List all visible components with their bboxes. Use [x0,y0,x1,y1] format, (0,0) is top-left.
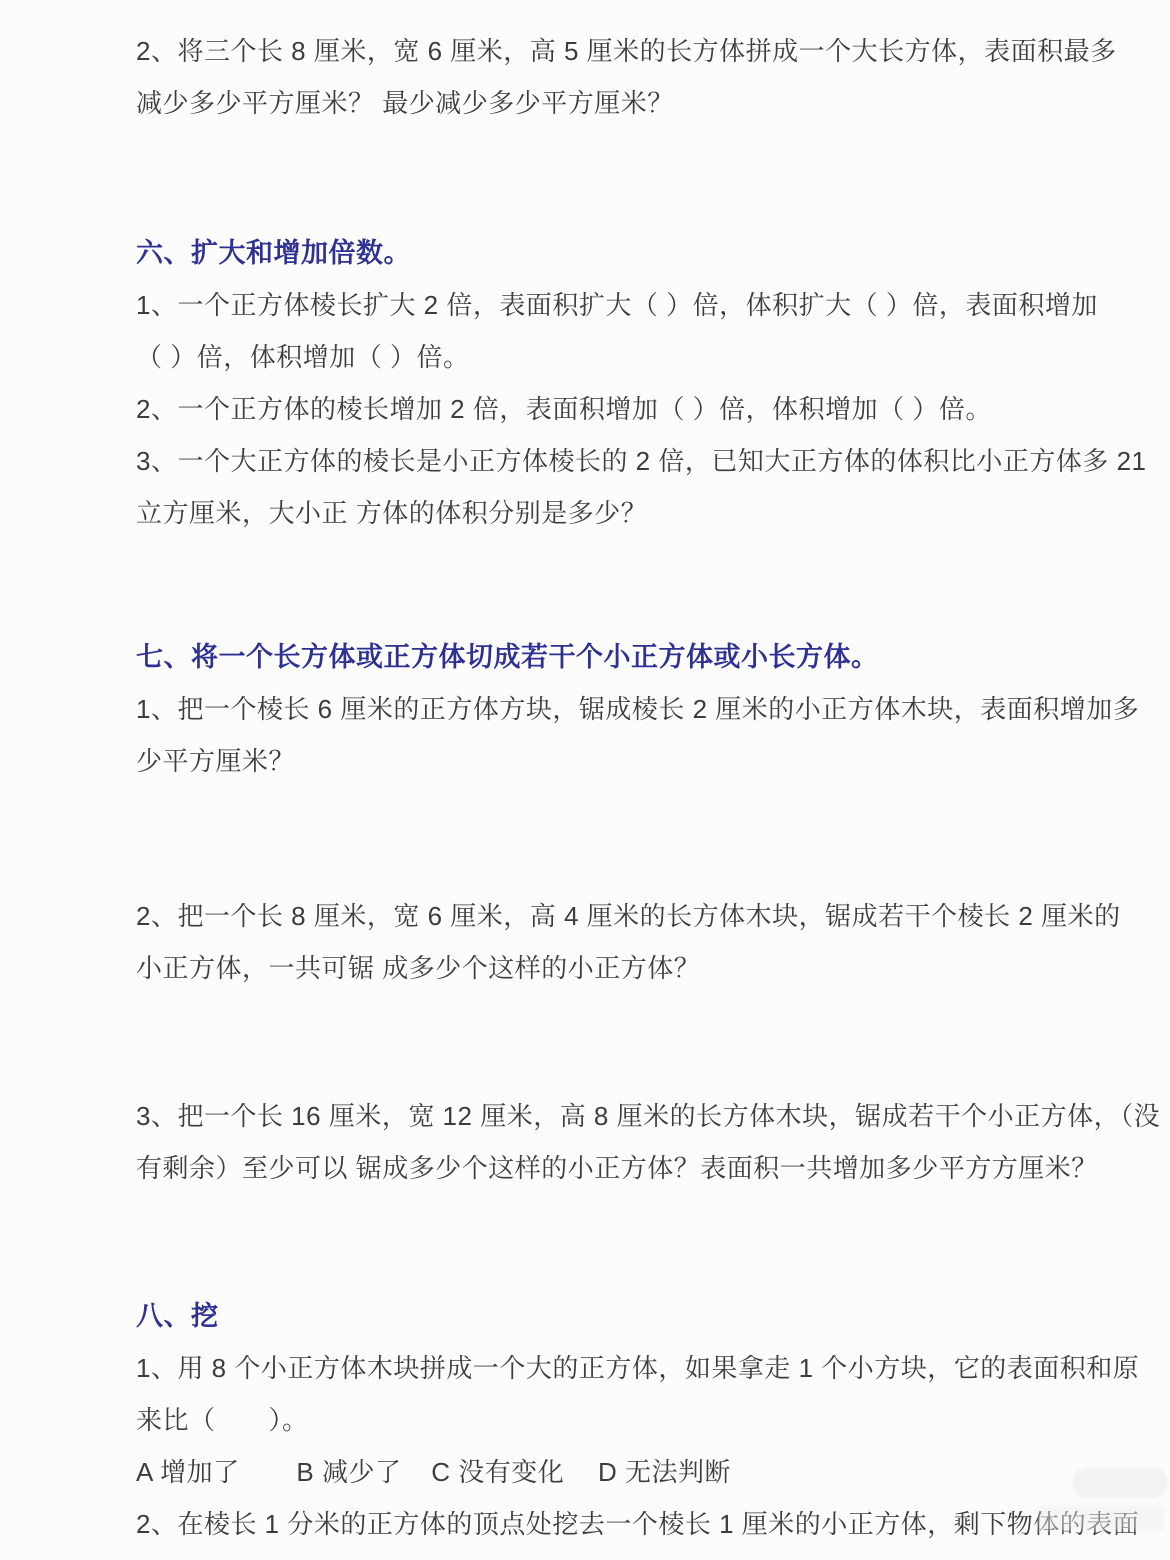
problem-carryover: 2、将三个长 8 厘米，宽 6 厘米，高 5 厘米的长方体拼成一个大长方体，表面… [136,25,1146,129]
problem-text-line: 3、一个大正方体的棱长是小正方体棱长的 2 倍，已知大正方体的体积比小正方体多 … [136,435,1146,487]
choice-row: A 增加了 B 减少了 C 没有变化 D 无法判断 [136,1446,1146,1498]
watermark-id [1038,1505,1164,1531]
problem-text-line: 2、把一个长 8 厘米，宽 6 厘米，高 4 厘米的长方体木块，锯成若干个棱长 … [136,890,1146,942]
choice-option-b: B 减少了 [296,1446,401,1498]
section-heading-7: 七、将一个长方体或正方体切成若干个小正方体或小长方体。 [136,631,1146,683]
problem-text-line: 2、在棱长 1 分米的正方体的顶点处挖去一个棱长 1 厘米的小正方体，剩下物体的… [136,1498,1146,1550]
problem-text-line: 来比（ ）。 [136,1394,1146,1446]
problem-text-line: 小正方体，一共可锯 成多少个这样的小正方体？ [136,942,1146,994]
choice-option-a: A 增加了 [136,1446,240,1498]
problem-7-3: 3、把一个长 16 厘米，宽 12 厘米，高 8 厘米的长方体木块，锯成若干个小… [136,1090,1146,1194]
problem-text-line: 1、一个正方体棱长扩大 2 倍，表面积扩大（ ）倍，体积扩大（ ）倍，表面积增加 [136,279,1146,331]
problem-text-line: 有剩余）至少可以 锯成多少个这样的小正方体？表面积一共增加多少平方方厘米？ [136,1142,1146,1194]
problem-text-line: 1、用 8 个小正方体木块拼成一个大的正方体，如果拿走 1 个小方块，它的表面积… [136,1342,1146,1394]
problem-6-3: 3、一个大正方体的棱长是小正方体棱长的 2 倍，已知大正方体的体积比小正方体多 … [136,435,1146,539]
watermark-logo [1072,1468,1168,1498]
worksheet-scan: { "theme": { "background": "#fcfcfd", "t… [0,0,1170,1560]
problem-text-line: 立方厘米，大小正 方体的体积分别是多少？ [136,487,1146,539]
worksheet-page: 2、将三个长 8 厘米，宽 6 厘米，高 5 厘米的长方体拼成一个大长方体，表面… [0,0,1146,1550]
section-heading-6: 六、扩大和增加倍数。 [136,227,1146,279]
choice-option-d: D 无法判断 [598,1446,731,1498]
problem-text-line: 2、一个正方体的棱长增加 2 倍，表面积增加（ ）倍，体积增加（ ）倍。 [136,383,1146,435]
problem-text-line: 1、把一个棱长 6 厘米的正方体方块，锯成棱长 2 厘米的小正方体木块，表面积增… [136,683,1146,735]
problem-7-1: 1、把一个棱长 6 厘米的正方体方块，锯成棱长 2 厘米的小正方体木块，表面积增… [136,683,1146,787]
problem-text-line: 减少多少平方厘米？ 最少减少多少平方厘米？ [136,77,1146,129]
problem-7-2: 2、把一个长 8 厘米，宽 6 厘米，高 4 厘米的长方体木块，锯成若干个棱长 … [136,890,1146,994]
problem-text-line: （ ）倍，体积增加（ ）倍。 [136,331,1146,383]
problem-8-1: 1、用 8 个小正方体木块拼成一个大的正方体，如果拿走 1 个小方块，它的表面积… [136,1342,1146,1498]
problem-text-line: 2、将三个长 8 厘米，宽 6 厘米，高 5 厘米的长方体拼成一个大长方体，表面… [136,25,1146,77]
problem-6-1: 1、一个正方体棱长扩大 2 倍，表面积扩大（ ）倍，体积扩大（ ）倍，表面积增加… [136,279,1146,383]
choice-option-c: C 没有变化 [431,1446,564,1498]
problem-text-line: 3、把一个长 16 厘米，宽 12 厘米，高 8 厘米的长方体木块，锯成若干个小… [136,1090,1146,1142]
section-heading-8: 八、挖 [136,1290,1146,1342]
problem-8-2: 2、在棱长 1 分米的正方体的顶点处挖去一个棱长 1 厘米的小正方体，剩下物体的… [136,1498,1146,1550]
problem-6-2: 2、一个正方体的棱长增加 2 倍，表面积增加（ ）倍，体积增加（ ）倍。 [136,383,1146,435]
problem-text-line: 少平方厘米？ [136,735,1146,787]
